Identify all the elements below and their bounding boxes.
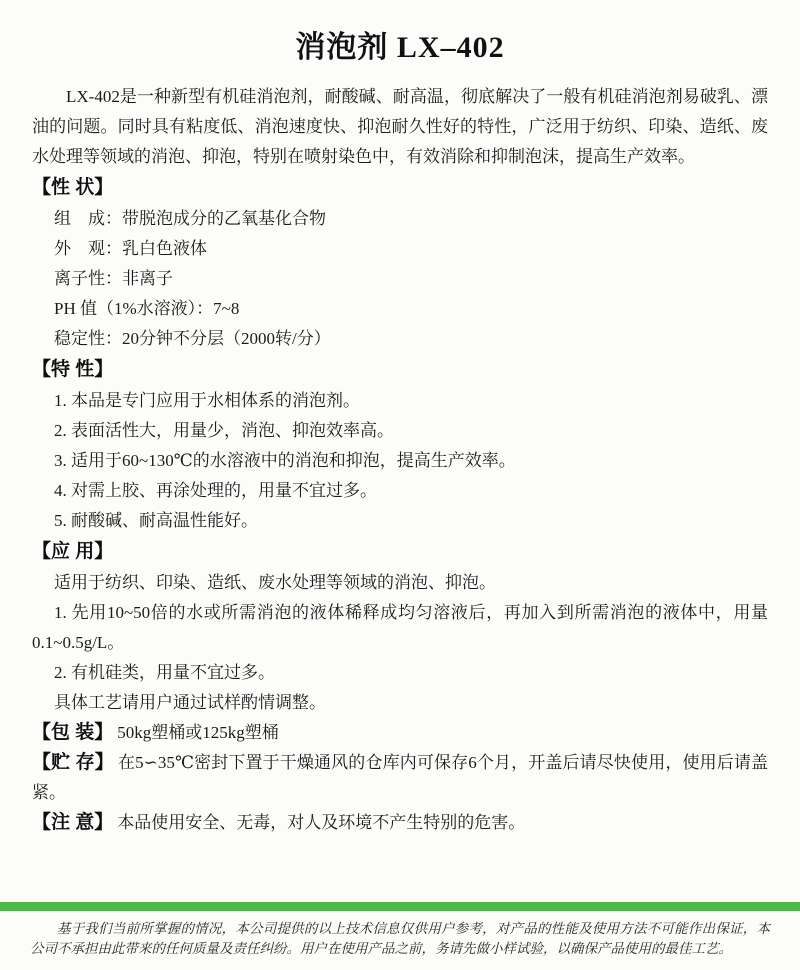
page-footer: 基于我们当前所掌握的情况，本公司提供的以上技术信息仅供用户参考，对产品的性能及使… [0, 902, 800, 959]
intro-paragraph: LX-402是一种新型有机硅消泡剂，耐酸碱、耐高温，彻底解决了一般有机硅消泡剂易… [32, 82, 768, 172]
section-storage: 【贮 存】在5∽35℃密封下置于干燥通风的仓库内可保存6个月，开盖后请尽快使用，… [32, 748, 768, 808]
property-value: 20分钟不分层（2000转/分） [122, 329, 331, 348]
feature-item: 1. 本品是专门应用于水相体系的消泡剂。 [54, 386, 768, 416]
property-value: 非离子 [122, 269, 173, 288]
property-label: 外 观： [54, 239, 122, 258]
property-value: 带脱泡成分的乙氧基化合物 [122, 209, 326, 228]
property-row: PH 值（1%水溶液）：7~8 [54, 294, 768, 324]
section-notice-heading: 【注 意】 [32, 812, 113, 833]
feature-item: 2. 表面活性大，用量少，消泡、抑泡效率高。 [54, 416, 768, 446]
footer-accent-bar [0, 902, 800, 911]
footer-disclaimer: 基于我们当前所掌握的情况，本公司提供的以上技术信息仅供用户参考，对产品的性能及使… [30, 919, 770, 959]
feature-item: 5. 耐酸碱、耐高温性能好。 [54, 506, 768, 536]
section-packaging-heading: 【包 装】 [32, 722, 113, 743]
packaging-text: 50kg塑桶或125kg塑桶 [117, 723, 279, 742]
property-row: 稳定性：20分钟不分层（2000转/分） [54, 324, 768, 354]
page-title: 消泡剂 LX–402 [32, 22, 768, 66]
document-page: 消泡剂 LX–402 LX-402是一种新型有机硅消泡剂，耐酸碱、耐高温，彻底解… [0, 0, 800, 838]
section-packaging: 【包 装】50kg塑桶或125kg塑桶 [32, 718, 768, 748]
properties-list: 组 成：带脱泡成分的乙氧基化合物 外 观：乳白色液体 离子性：非离子 PH 值（… [32, 204, 768, 354]
property-label: PH 值（1%水溶液）： [54, 299, 213, 318]
section-features-heading: 【特 性】 [32, 354, 768, 386]
property-label: 组 成： [54, 209, 122, 228]
application-paragraph: 具体工艺请用户通过试样酌情调整。 [32, 688, 768, 718]
application-paragraph: 2. 有机硅类，用量不宜过多。 [32, 658, 768, 688]
property-row: 组 成：带脱泡成分的乙氧基化合物 [54, 204, 768, 234]
property-label: 稳定性： [54, 329, 122, 348]
section-notice: 【注 意】本品使用安全、无毒，对人及环境不产生特别的危害。 [32, 808, 768, 838]
property-label: 离子性： [54, 269, 122, 288]
application-paragraph: 适用于纺织、印染、造纸、废水处理等领域的消泡、抑泡。 [32, 568, 768, 598]
section-properties-heading: 【性 状】 [32, 172, 768, 204]
notice-text: 本品使用安全、无毒，对人及环境不产生特别的危害。 [117, 813, 525, 832]
property-row: 外 观：乳白色液体 [54, 234, 768, 264]
application-paragraphs: 适用于纺织、印染、造纸、废水处理等领域的消泡、抑泡。 1. 先用10~50倍的水… [32, 568, 768, 718]
feature-item: 3. 适用于60~130℃的水溶液中的消泡和抑泡，提高生产效率。 [54, 446, 768, 476]
storage-text: 在5∽35℃密封下置于干燥通风的仓库内可保存6个月，开盖后请尽快使用，使用后请盖… [32, 753, 768, 802]
property-value: 乳白色液体 [122, 239, 207, 258]
features-list: 1. 本品是专门应用于水相体系的消泡剂。 2. 表面活性大，用量少，消泡、抑泡效… [32, 386, 768, 536]
property-value: 7~8 [213, 299, 239, 318]
section-application-heading: 【应 用】 [32, 536, 768, 568]
property-row: 离子性：非离子 [54, 264, 768, 294]
feature-item: 4. 对需上胶、再涂处理的，用量不宜过多。 [54, 476, 768, 506]
section-storage-heading: 【贮 存】 [32, 752, 114, 773]
application-paragraph: 1. 先用10~50倍的水或所需消泡的液体稀释成均匀溶液后，再加入到所需消泡的液… [32, 598, 768, 658]
